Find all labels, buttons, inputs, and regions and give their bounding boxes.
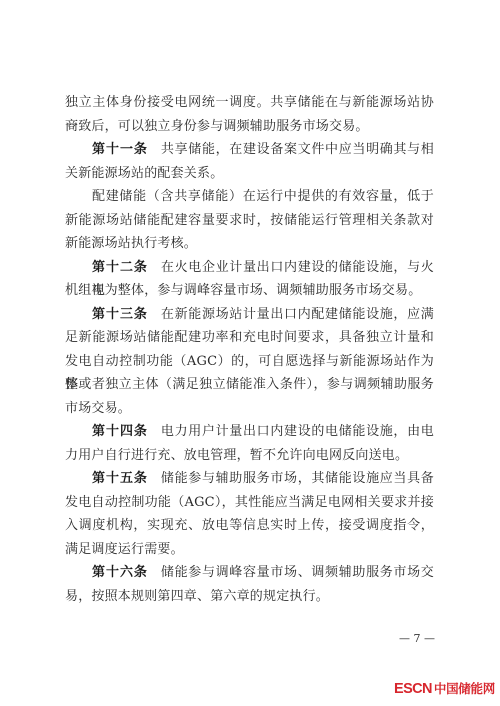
text-line: 第十四条电力用户计量出口内建设的电储能设施，由电 xyxy=(65,420,434,444)
paragraph-configured-storage: 配建储能（含共享储能）在运行中提供的有效容量，低于 新能源场站储能配建容量要求时… xyxy=(65,185,434,256)
text-line: 一致后，可以独立身份参与调频辅助服务市场交易。 xyxy=(65,115,434,139)
text-line: 发电自动控制功能（AGC），其性能应当满足电网相关要求并接 xyxy=(65,491,434,515)
text-line: 新能源场站执行考核。 xyxy=(65,232,434,256)
document-page: 独立主体身份接受电网统一调度。共享储能在与新能源场站协商 一致后，可以独立身份参… xyxy=(0,0,500,706)
article-heading: 第十二条 xyxy=(92,260,148,275)
text-line: 力用户自行进行充、放电管理，暂不允许向电网反向送电。 xyxy=(65,444,434,468)
article-16: 第十六条储能参与调峰容量市场、调频辅助服务市场交 易，按照本规则第四章、第六章的… xyxy=(65,561,434,608)
escn-watermark-logo: ESCN中国储能网 xyxy=(394,681,495,697)
article-text: 储能参与辅助服务市场，其储能设施应当具备 xyxy=(161,471,434,486)
text-line: 第十二条在火电企业计量出口内建设的储能设施，与火电 xyxy=(65,256,434,280)
article-heading: 第十一条 xyxy=(92,142,148,157)
article-text: 储能参与调峰容量市场、调频辅助服务市场交 xyxy=(161,565,434,580)
text-line: 第十五条储能参与辅助服务市场，其储能设施应当具备 xyxy=(65,467,434,491)
document-body: 独立主体身份接受电网统一调度。共享储能在与新能源场站协商 一致后，可以独立身份参… xyxy=(65,91,434,608)
watermark-brand-latin: ESCN xyxy=(394,681,432,697)
text-line: 第十三条在新能源场站计量出口内配建储能设施，应满 xyxy=(65,303,434,327)
article-11: 第十一条共享储能，在建设备案文件中应当明确其与相 关新能源场站的配套关系。 xyxy=(65,138,434,185)
article-14: 第十四条电力用户计量出口内建设的电储能设施，由电 力用户自行进行充、放电管理，暂… xyxy=(65,420,434,467)
text-line: 市场交易。 xyxy=(65,397,434,421)
text-line: 第十六条储能参与调峰容量市场、调频辅助服务市场交 xyxy=(65,561,434,585)
article-15: 第十五条储能参与辅助服务市场，其储能设施应当具备 发电自动控制功能（AGC），其… xyxy=(65,467,434,561)
text-line: 易，按照本规则第四章、第六章的规定执行。 xyxy=(65,585,434,609)
article-heading: 第十三条 xyxy=(92,307,148,322)
text-line: 关新能源场站的配套关系。 xyxy=(65,162,434,186)
article-text: 共享储能，在建设备案文件中应当明确其与相 xyxy=(161,142,434,157)
watermark-brand-cn: 中国储能网 xyxy=(434,681,495,696)
article-heading: 第十四条 xyxy=(92,424,148,439)
text-line: 发电自动控制功能（AGC）的，可自愿选择与新能源场站作为整 xyxy=(65,350,434,374)
page-number: — 7 — xyxy=(392,630,442,648)
text-line: 第十一条共享储能，在建设备案文件中应当明确其与相 xyxy=(65,138,434,162)
text-line: 满足调度运行需要。 xyxy=(65,538,434,562)
article-text: 电力用户计量出口内建设的电储能设施，由电 xyxy=(161,424,434,439)
article-13: 第十三条在新能源场站计量出口内配建储能设施，应满 足新能源场站储能配建功率和充电… xyxy=(65,303,434,421)
text-line: 独立主体身份接受电网统一调度。共享储能在与新能源场站协商 xyxy=(65,91,434,115)
article-heading: 第十六条 xyxy=(92,565,148,580)
text-line: 新能源场站储能配建容量要求时，按储能运行管理相关条款对 xyxy=(65,209,434,233)
text-line: 体或者独立主体（满足独立储能准入条件），参与调频辅助服务 xyxy=(65,373,434,397)
article-heading: 第十五条 xyxy=(92,471,148,486)
paragraph-continuation: 独立主体身份接受电网统一调度。共享储能在与新能源场站协商 一致后，可以独立身份参… xyxy=(65,91,434,138)
text-line: 配建储能（含共享储能）在运行中提供的有效容量，低于 xyxy=(65,185,434,209)
text-line: 入调度机构，实现充、放电等信息实时上传，接受调度指令， xyxy=(65,514,434,538)
text-line: 足新能源场站储能配建功率和充电时间要求，具备独立计量和 xyxy=(65,326,434,350)
article-text: 在新能源场站计量出口内配建储能设施，应满 xyxy=(161,307,434,322)
text-line: 机组视为整体，参与调峰容量市场、调频辅助服务市场交易。 xyxy=(65,279,434,303)
article-12: 第十二条在火电企业计量出口内建设的储能设施，与火电 机组视为整体，参与调峰容量市… xyxy=(65,256,434,303)
